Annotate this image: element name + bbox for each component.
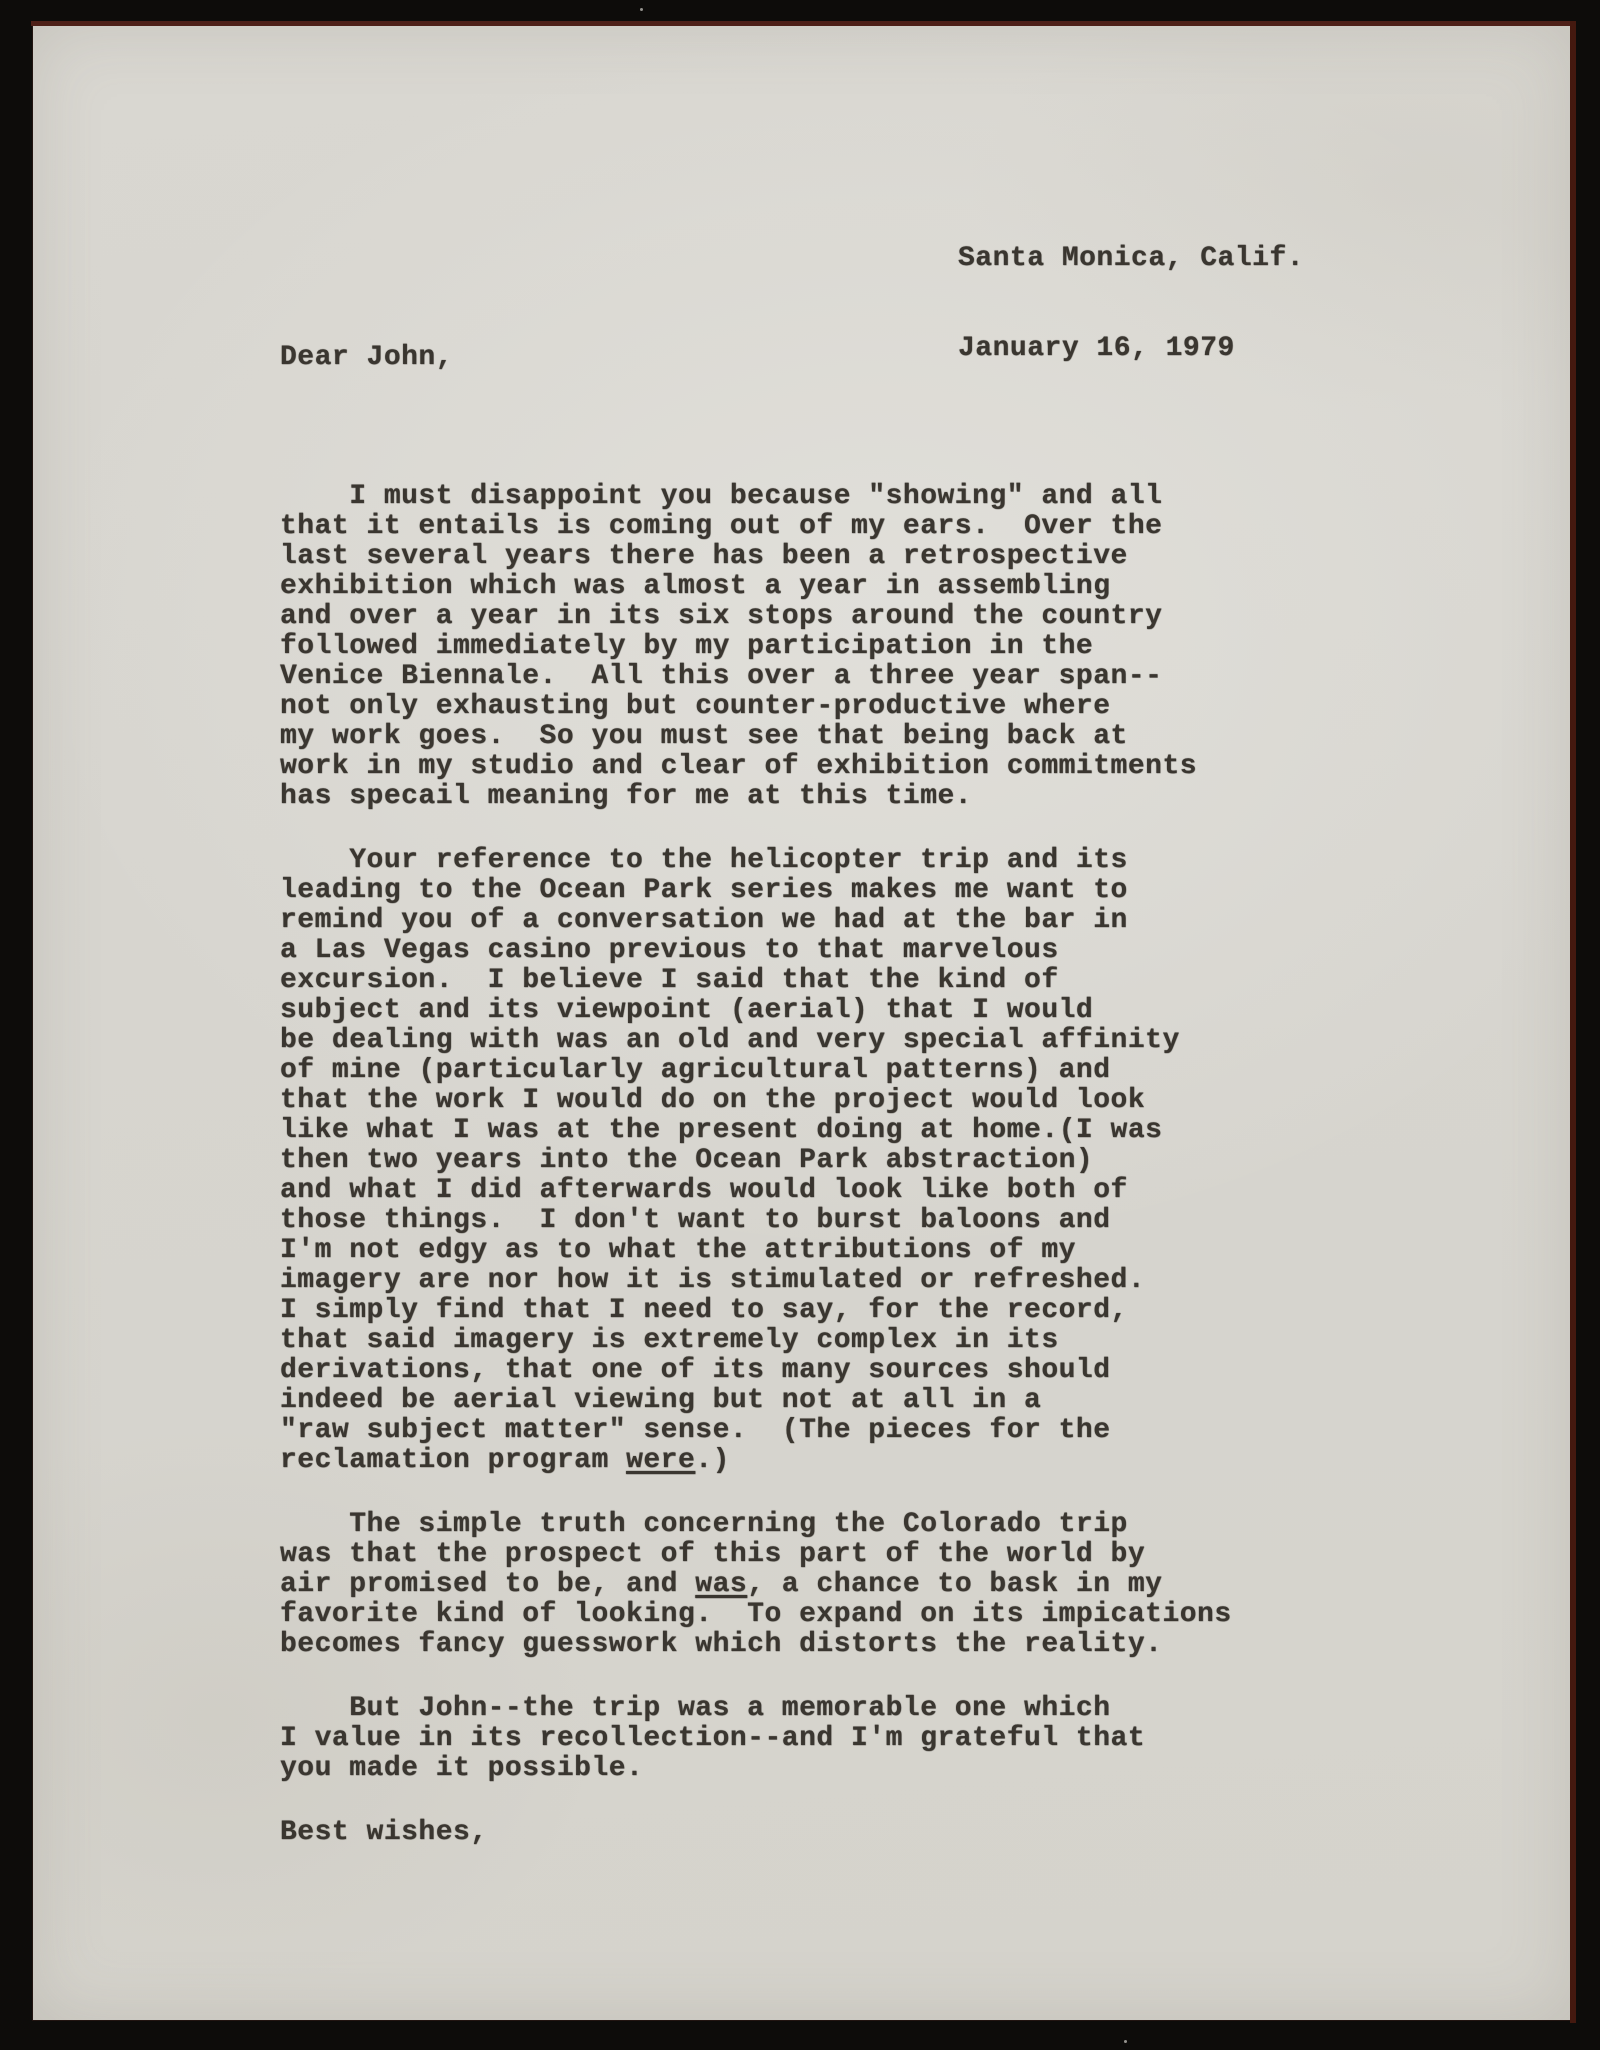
letter-paragraph: Your reference to the helicopter trip an… [280,846,1232,1476]
letter-line: then two years into the Ocean Park abstr… [280,1146,1232,1176]
letter-line: a Las Vegas casino previous to that marv… [280,936,1232,966]
letter-line: I must disappoint you because "showing" … [280,482,1232,512]
letter-line: indeed be aerial viewing but not at all … [280,1386,1232,1416]
letter-paragraph: The simple truth concerning the Colorado… [280,1510,1232,1660]
letter-line: be dealing with was an old and very spec… [280,1026,1232,1056]
letter-line: and what I did afterwards would look lik… [280,1176,1232,1206]
letter-line: exhibition which was almost a year in as… [280,572,1232,602]
letter-line: The simple truth concerning the Colorado… [280,1510,1232,1540]
letter-page: Santa Monica, Calif. January 16, 1979 De… [33,26,1570,2020]
letter-date: January 16, 1979 [958,334,1304,364]
letter-line: those things. I don't want to burst balo… [280,1206,1232,1236]
letter-line: that it entails is coming out of my ears… [280,512,1232,542]
letter-paragraph: I must disappoint you because "showing" … [280,482,1232,812]
letter-line: remind you of a conversation we had at t… [280,906,1232,936]
letter-line: like what I was at the present doing at … [280,1116,1232,1146]
letter-line: I value in its recollection--and I'm gra… [280,1724,1232,1754]
letter-line: that the work I would do on the project … [280,1086,1232,1116]
letter-line: not only exhausting but counter-producti… [280,692,1232,722]
letter-line: reclamation program were.) [280,1446,1232,1476]
letter-line: "raw subject matter" sense. (The pieces … [280,1416,1232,1446]
letter-location: Santa Monica, Calif. [958,244,1304,274]
letter-dateline: Santa Monica, Calif. January 16, 1979 [958,184,1304,424]
letter-line: Venice Biennale. All this over a three y… [280,662,1232,692]
letter-line: I simply find that I need to say, for th… [280,1296,1232,1326]
scan-speck [640,8,643,11]
letter-line: my work goes. So you must see that being… [280,722,1232,752]
letter-line: that said imagery is extremely complex i… [280,1326,1232,1356]
letter-line: Your reference to the helicopter trip an… [280,846,1232,876]
letter-line: favorite kind of looking. To expand on i… [280,1600,1232,1630]
letter-line: air promised to be, and was, a chance to… [280,1570,1232,1600]
letter-body: I must disappoint you because "showing" … [280,392,1232,1908]
letter-paragraph: But John--the trip was a memorable one w… [280,1694,1232,1784]
letter-line: derivations, that one of its many source… [280,1356,1232,1386]
letter-closing: Best wishes, [280,1818,1232,1848]
letter-line: you made it possible. [280,1754,1232,1784]
letter-line: of mine (particularly agricultural patte… [280,1056,1232,1086]
letter-salutation: Dear John, [280,343,453,373]
letter-line: work in my studio and clear of exhibitio… [280,752,1232,782]
letter-line: I'm not edgy as to what the attributions… [280,1236,1232,1266]
letter-line: imagery are nor how it is stimulated or … [280,1266,1232,1296]
letter-line: was that the prospect of this part of th… [280,1540,1232,1570]
letter-line: leading to the Ocean Park series makes m… [280,876,1232,906]
letter-line: subject and its viewpoint (aerial) that … [280,996,1232,1026]
letter-line: followed immediately by my participation… [280,632,1232,662]
letter-line: and over a year in its six stops around … [280,602,1232,632]
letter-line: But John--the trip was a memorable one w… [280,1694,1232,1724]
scan-speck [1124,2040,1127,2043]
letter-line: has specail meaning for me at this time. [280,782,1232,812]
letter-line: last several years there has been a retr… [280,542,1232,572]
letter-line: becomes fancy guesswork which distorts t… [280,1630,1232,1660]
underlined-word: was [695,1569,747,1600]
underlined-word: were [626,1445,695,1476]
letter-line: excursion. I believe I said that the kin… [280,966,1232,996]
